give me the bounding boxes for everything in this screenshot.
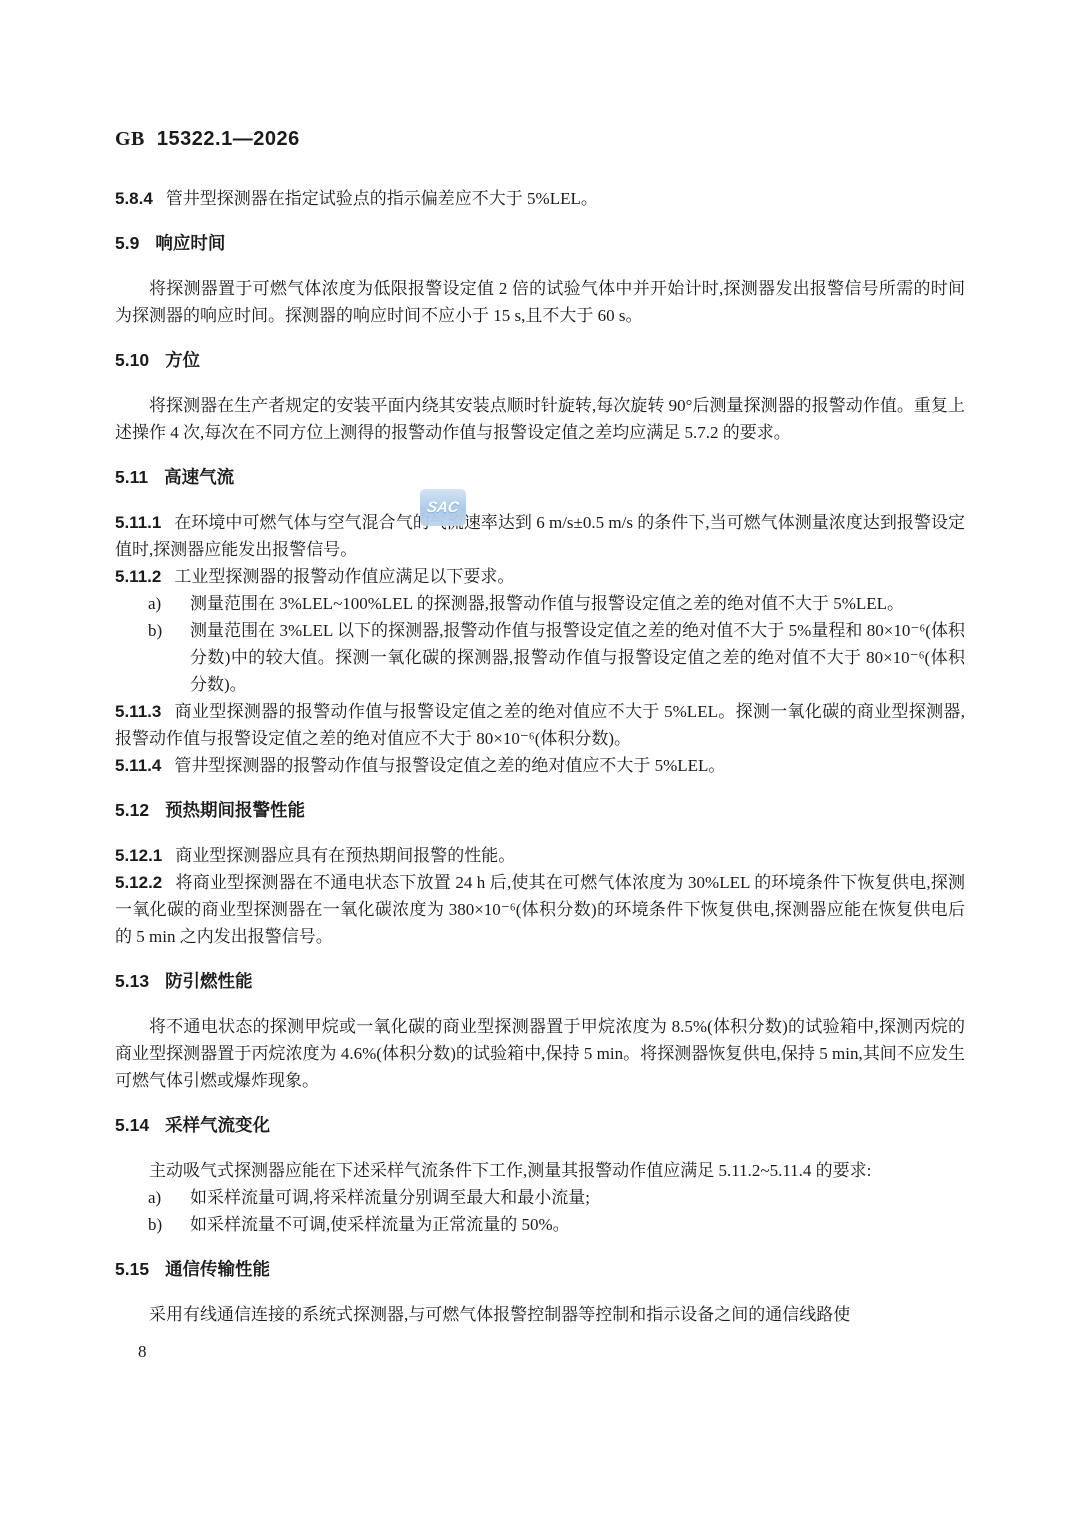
clause-paragraph: 5.11.1在环境中可燃气体与空气混合气的气流速率达到 6 m/s±0.5 m/… [115, 509, 965, 563]
section-title: 方位 [165, 350, 200, 370]
clause-number: 5.11.1 [115, 513, 161, 532]
clause-text: 将商业型探测器在不通电状态下放置 24 h 后,使其在可燃气体浓度为 30%LE… [115, 873, 965, 946]
section-number: 5.10 [115, 350, 149, 370]
section-number: 5.15 [115, 1259, 149, 1279]
list-item-marker: b) [148, 617, 190, 698]
clause-text: 在环境中可燃气体与空气混合气的气流速率达到 6 m/s±0.5 m/s 的条件下… [115, 513, 965, 559]
section-title: 防引燃性能 [165, 971, 253, 991]
clause-text: 管井型探测器在指定试验点的指示偏差应不大于 5%LEL。 [166, 189, 598, 208]
clause-paragraph: 5.12.2将商业型探测器在不通电状态下放置 24 h 后,使其在可燃气体浓度为… [115, 869, 965, 950]
section-title: 采样气流变化 [165, 1115, 270, 1135]
clause-number: 5.12.2 [115, 873, 162, 892]
list-item-text: 如采样流量可调,将采样流量分别调至最大和最小流量; [190, 1184, 965, 1211]
clause-paragraph: 5.12.1商业型探测器应具有在预热期间报警的性能。 [115, 842, 965, 869]
clause-paragraph: 5.11.2工业型探测器的报警动作值应满足以下要求。 [115, 563, 965, 590]
section-number: 5.12 [115, 800, 149, 820]
section-title: 预热期间报警性能 [165, 800, 305, 820]
document-header: GB15322.1—2026 [115, 128, 965, 151]
list-item-marker: a) [148, 590, 190, 617]
clause-text: 工业型探测器的报警动作值应满足以下要求。 [174, 567, 514, 586]
clause-paragraph: 5.8.4管井型探测器在指定试验点的指示偏差应不大于 5%LEL。 [115, 185, 965, 212]
section-number: 5.11 [115, 467, 148, 487]
list-item-text: 如采样流量不可调,使采样流量为正常流量的 50%。 [190, 1211, 965, 1238]
page-body: GB15322.1—2026 5.8.4管井型探测器在指定试验点的指示偏差应不大… [0, 0, 1080, 1362]
section-heading: 5.12预热期间报警性能 [115, 797, 965, 822]
section-heading: 5.10方位 [115, 347, 965, 372]
body-paragraph: 采用有线通信连接的系统式探测器,与可燃气体报警控制器等控制和指示设备之间的通信线… [115, 1301, 965, 1328]
clause-number: 5.11.2 [115, 567, 161, 586]
page-number: 8 [115, 1342, 965, 1362]
list-item-text: 测量范围在 3%LEL 以下的探测器,报警动作值与报警设定值之差的绝对值不大于 … [190, 617, 965, 698]
section-number: 5.14 [115, 1115, 149, 1135]
list-item: b)测量范围在 3%LEL 以下的探测器,报警动作值与报警设定值之差的绝对值不大… [148, 617, 965, 698]
standard-number: 15322.1—2026 [157, 128, 300, 150]
list-item: b)如采样流量不可调,使采样流量为正常流量的 50%。 [148, 1211, 965, 1238]
section-number: 5.9 [115, 233, 139, 253]
document-content: 5.8.4管井型探测器在指定试验点的指示偏差应不大于 5%LEL。5.9响应时间… [115, 185, 965, 1328]
clause-text: 管井型探测器的报警动作值与报警设定值之差的绝对值应不大于 5%LEL。 [174, 756, 725, 775]
clause-text: 商业型探测器应具有在预热期间报警的性能。 [175, 846, 515, 865]
list-item: a)如采样流量可调,将采样流量分别调至最大和最小流量; [148, 1184, 965, 1211]
clause-paragraph: 5.11.3商业型探测器的报警动作值与报警设定值之差的绝对值应不大于 5%LEL… [115, 698, 965, 752]
standard-prefix: GB [115, 128, 145, 150]
section-heading: 5.9响应时间 [115, 230, 965, 255]
body-paragraph: 主动吸气式探测器应能在下述采样气流条件下工作,测量其报警动作值应满足 5.11.… [115, 1157, 965, 1184]
clause-text: 商业型探测器的报警动作值与报警设定值之差的绝对值应不大于 5%LEL。探测一氧化… [115, 702, 965, 748]
section-title: 高速气流 [164, 467, 234, 487]
sac-watermark-logo: SAC [420, 489, 466, 526]
body-paragraph: 将探测器置于可燃气体浓度为低限报警设定值 2 倍的试验气体中并开始计时,探测器发… [115, 275, 965, 329]
section-heading: 5.15通信传输性能 [115, 1256, 965, 1281]
list-item-marker: b) [148, 1211, 190, 1238]
section-title: 通信传输性能 [165, 1259, 270, 1279]
clause-paragraph: 5.11.4管井型探测器的报警动作值与报警设定值之差的绝对值应不大于 5%LEL… [115, 752, 965, 779]
section-heading: 5.13防引燃性能 [115, 968, 965, 993]
body-paragraph: 将不通电状态的探测甲烷或一氧化碳的商业型探测器置于甲烷浓度为 8.5%(体积分数… [115, 1013, 965, 1094]
section-heading: 5.11高速气流 [115, 464, 965, 489]
standard-document-page: GB15322.1—2026 5.8.4管井型探测器在指定试验点的指示偏差应不大… [0, 0, 1080, 1527]
section-title: 响应时间 [155, 233, 225, 253]
list-item-marker: a) [148, 1184, 190, 1211]
clause-number: 5.11.3 [115, 702, 161, 721]
list-item: a)测量范围在 3%LEL~100%LEL 的探测器,报警动作值与报警设定值之差… [148, 590, 965, 617]
list-item-text: 测量范围在 3%LEL~100%LEL 的探测器,报警动作值与报警设定值之差的绝… [190, 590, 965, 617]
section-number: 5.13 [115, 971, 149, 991]
clause-number: 5.12.1 [115, 846, 162, 865]
clause-number: 5.8.4 [115, 189, 153, 208]
body-paragraph: 将探测器在生产者规定的安装平面内绕其安装点顺时针旋转,每次旋转 90°后测量探测… [115, 392, 965, 446]
section-heading: 5.14采样气流变化 [115, 1112, 965, 1137]
clause-number: 5.11.4 [115, 756, 161, 775]
sac-watermark-label: SAC [426, 499, 460, 516]
